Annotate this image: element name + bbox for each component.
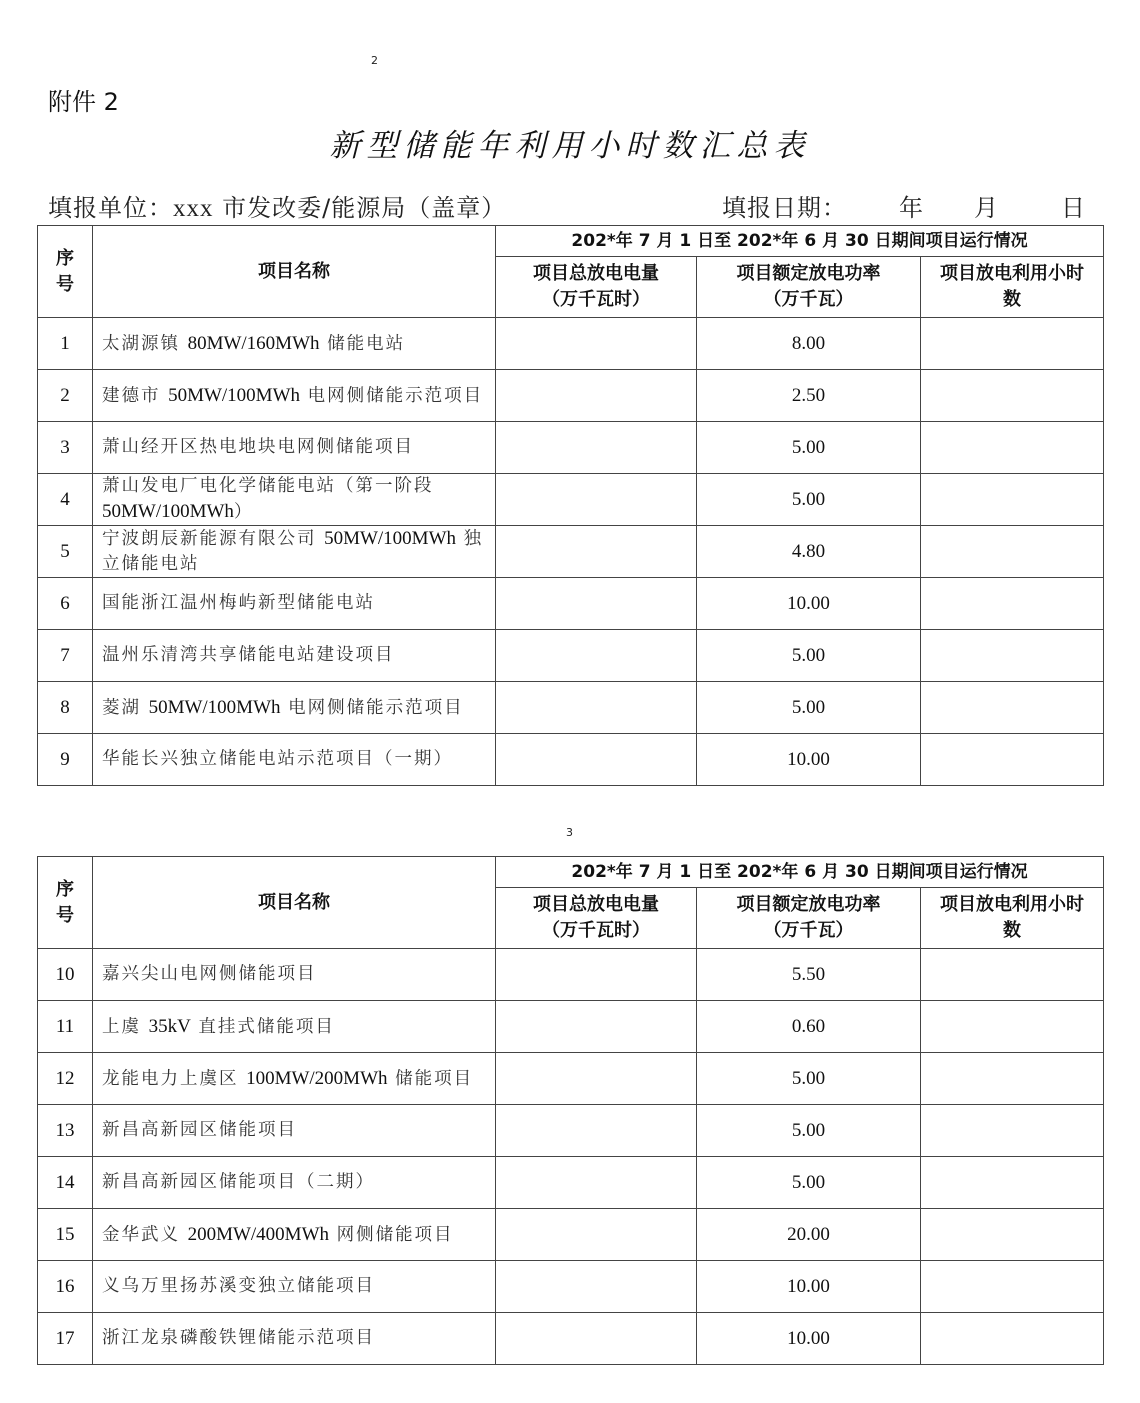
- seq-cell: 17: [38, 1313, 93, 1365]
- seq-cell: 8: [38, 682, 93, 734]
- rated-power-cell: 5.50: [697, 949, 921, 1001]
- project-name-cell: 菱湖 50MW/100MWh 电网侧储能示范项目: [93, 682, 496, 734]
- seq-cell: 6: [38, 578, 93, 630]
- seq-cell: 5: [38, 526, 93, 578]
- total-discharge-cell: [496, 682, 697, 734]
- rated-power-cell: 10.00: [697, 734, 921, 786]
- project-name-cell: 萧山发电厂电化学储能电站（第一阶段 50MW/100MWh）: [93, 474, 496, 526]
- project-name-cell: 建德市 50MW/100MWh 电网侧储能示范项目: [93, 370, 496, 422]
- header-utilization-hours: 项目放电利用小时数: [921, 257, 1104, 318]
- table-row: 10嘉兴尖山电网侧储能项目5.50: [38, 949, 1104, 1001]
- utilization-hours-cell: [921, 370, 1104, 422]
- project-name-cell: 温州乐清湾共享储能电站建设项目: [93, 630, 496, 682]
- header-total-discharge: 项目总放电电量（万千瓦时）: [496, 257, 697, 318]
- rated-power-cell: 5.00: [697, 1157, 921, 1209]
- total-discharge-cell: [496, 1209, 697, 1261]
- report-date-day: 日: [1061, 188, 1086, 223]
- table-row: 17浙江龙泉磷酸铁锂储能示范项目10.00: [38, 1313, 1104, 1365]
- total-discharge-cell: [496, 1105, 697, 1157]
- project-name-cell: 龙能电力上虞区 100MW/200MWh 储能项目: [93, 1053, 496, 1105]
- total-discharge-cell: [496, 630, 697, 682]
- table-row: 14新昌高新园区储能项目（二期）5.00: [38, 1157, 1104, 1209]
- seq-cell: 3: [38, 422, 93, 474]
- seq-cell: 9: [38, 734, 93, 786]
- table-row: 13新昌高新园区储能项目5.00: [38, 1105, 1104, 1157]
- rated-power-cell: 8.00: [697, 318, 921, 370]
- project-name-cell: 义乌万里扬苏溪变独立储能项目: [93, 1261, 496, 1313]
- seq-cell: 12: [38, 1053, 93, 1105]
- utilization-hours-cell: [921, 526, 1104, 578]
- project-name-cell: 宁波朗辰新能源有限公司 50MW/100MWh 独立储能电站: [93, 526, 496, 578]
- header-rated-power: 项目额定放电功率（万千瓦）: [697, 888, 921, 949]
- summary-table-page-1: 序号 项目名称 202*年 7 月 1 日至 202*年 6 月 30 日期间项…: [37, 225, 1104, 786]
- header-seq: 序号: [38, 226, 93, 318]
- reporting-unit: 填报单位：xxx 市发改委/能源局（盖章）: [48, 188, 506, 223]
- seq-cell: 10: [38, 949, 93, 1001]
- seq-cell: 4: [38, 474, 93, 526]
- project-name-cell: 华能长兴独立储能电站示范项目（一期）: [93, 734, 496, 786]
- rated-power-cell: 20.00: [697, 1209, 921, 1261]
- page-title: 新型储能年利用小时数汇总表: [0, 120, 1140, 165]
- utilization-hours-cell: [921, 734, 1104, 786]
- total-discharge-cell: [496, 1001, 697, 1053]
- rated-power-cell: 10.00: [697, 1313, 921, 1365]
- total-discharge-cell: [496, 422, 697, 474]
- utilization-hours-cell: [921, 1157, 1104, 1209]
- project-name-cell: 新昌高新园区储能项目（二期）: [93, 1157, 496, 1209]
- seq-cell: 14: [38, 1157, 93, 1209]
- total-discharge-cell: [496, 1053, 697, 1105]
- table-row: 4萧山发电厂电化学储能电站（第一阶段 50MW/100MWh）5.00: [38, 474, 1104, 526]
- total-discharge-cell: [496, 526, 697, 578]
- utilization-hours-cell: [921, 682, 1104, 734]
- project-name-cell: 上虞 35kV 直挂式储能项目: [93, 1001, 496, 1053]
- utilization-hours-cell: [921, 1261, 1104, 1313]
- rated-power-cell: 5.00: [697, 682, 921, 734]
- project-name-cell: 浙江龙泉磷酸铁锂储能示范项目: [93, 1313, 496, 1365]
- reporting-unit-label: 填报单位：: [48, 194, 173, 222]
- seq-cell: 2: [38, 370, 93, 422]
- seq-cell: 13: [38, 1105, 93, 1157]
- header-project-name: 项目名称: [93, 857, 496, 949]
- utilization-hours-cell: [921, 1209, 1104, 1261]
- seq-cell: 15: [38, 1209, 93, 1261]
- total-discharge-cell: [496, 1313, 697, 1365]
- rated-power-cell: 2.50: [697, 370, 921, 422]
- table-row: 3萧山经开区热电地块电网侧储能项目5.00: [38, 422, 1104, 474]
- utilization-hours-cell: [921, 578, 1104, 630]
- total-discharge-cell: [496, 1157, 697, 1209]
- utilization-hours-cell: [921, 1001, 1104, 1053]
- header-project-name: 项目名称: [93, 226, 496, 318]
- seq-cell: 7: [38, 630, 93, 682]
- header-utilization-hours: 项目放电利用小时数: [921, 888, 1104, 949]
- table-row: 5宁波朗辰新能源有限公司 50MW/100MWh 独立储能电站4.80: [38, 526, 1104, 578]
- rated-power-cell: 0.60: [697, 1001, 921, 1053]
- total-discharge-cell: [496, 949, 697, 1001]
- rated-power-cell: 5.00: [697, 630, 921, 682]
- summary-table-page-2: 序号 项目名称 202*年 7 月 1 日至 202*年 6 月 30 日期间项…: [37, 856, 1104, 1365]
- reporting-unit-suffix: 市发改委/能源局（盖章）: [214, 194, 507, 222]
- header-period: 202*年 7 月 1 日至 202*年 6 月 30 日期间项目运行情况: [496, 226, 1104, 257]
- total-discharge-cell: [496, 1261, 697, 1313]
- utilization-hours-cell: [921, 1105, 1104, 1157]
- table-row: 12龙能电力上虞区 100MW/200MWh 储能项目5.00: [38, 1053, 1104, 1105]
- report-date-year: 年: [899, 188, 924, 223]
- total-discharge-cell: [496, 318, 697, 370]
- table-row: 15金华武义 200MW/400MWh 网侧储能项目20.00: [38, 1209, 1104, 1261]
- rated-power-cell: 5.00: [697, 1053, 921, 1105]
- project-name-cell: 新昌高新园区储能项目: [93, 1105, 496, 1157]
- table-row: 2建德市 50MW/100MWh 电网侧储能示范项目2.50: [38, 370, 1104, 422]
- page-number-3: 3: [566, 826, 573, 839]
- total-discharge-cell: [496, 578, 697, 630]
- rated-power-cell: 5.00: [697, 474, 921, 526]
- total-discharge-cell: [496, 734, 697, 786]
- report-date: 填报日期：年月日: [722, 188, 1086, 223]
- table-row: 1太湖源镇 80MW/160MWh 储能电站8.00: [38, 318, 1104, 370]
- utilization-hours-cell: [921, 630, 1104, 682]
- utilization-hours-cell: [921, 949, 1104, 1001]
- seq-cell: 11: [38, 1001, 93, 1053]
- reporting-unit-value: xxx: [173, 195, 214, 222]
- project-name-cell: 萧山经开区热电地块电网侧储能项目: [93, 422, 496, 474]
- rated-power-cell: 5.00: [697, 1105, 921, 1157]
- table-row: 9华能长兴独立储能电站示范项目（一期）10.00: [38, 734, 1104, 786]
- header-seq: 序号: [38, 857, 93, 949]
- header-rated-power: 项目额定放电功率（万千瓦）: [697, 257, 921, 318]
- table-header-row: 序号 项目名称 202*年 7 月 1 日至 202*年 6 月 30 日期间项…: [38, 857, 1104, 888]
- total-discharge-cell: [496, 370, 697, 422]
- attachment-label: 附件 2: [48, 82, 119, 117]
- project-name-cell: 嘉兴尖山电网侧储能项目: [93, 949, 496, 1001]
- rated-power-cell: 10.00: [697, 1261, 921, 1313]
- rated-power-cell: 5.00: [697, 422, 921, 474]
- report-date-month: 月: [974, 188, 999, 223]
- total-discharge-cell: [496, 474, 697, 526]
- project-name-cell: 太湖源镇 80MW/160MWh 储能电站: [93, 318, 496, 370]
- utilization-hours-cell: [921, 1053, 1104, 1105]
- table-header-row: 序号 项目名称 202*年 7 月 1 日至 202*年 6 月 30 日期间项…: [38, 226, 1104, 257]
- utilization-hours-cell: [921, 474, 1104, 526]
- project-name-cell: 国能浙江温州梅屿新型储能电站: [93, 578, 496, 630]
- utilization-hours-cell: [921, 1313, 1104, 1365]
- rated-power-cell: 4.80: [697, 526, 921, 578]
- table-row: 7温州乐清湾共享储能电站建设项目5.00: [38, 630, 1104, 682]
- report-date-label: 填报日期：: [722, 188, 847, 223]
- table-row: 6国能浙江温州梅屿新型储能电站10.00: [38, 578, 1104, 630]
- page-number-2: 2: [371, 54, 378, 67]
- header-period: 202*年 7 月 1 日至 202*年 6 月 30 日期间项目运行情况: [496, 857, 1104, 888]
- utilization-hours-cell: [921, 422, 1104, 474]
- project-name-cell: 金华武义 200MW/400MWh 网侧储能项目: [93, 1209, 496, 1261]
- table-row: 11上虞 35kV 直挂式储能项目0.60: [38, 1001, 1104, 1053]
- table-row: 16义乌万里扬苏溪变独立储能项目10.00: [38, 1261, 1104, 1313]
- seq-cell: 16: [38, 1261, 93, 1313]
- utilization-hours-cell: [921, 318, 1104, 370]
- rated-power-cell: 10.00: [697, 578, 921, 630]
- table-row: 8菱湖 50MW/100MWh 电网侧储能示范项目5.00: [38, 682, 1104, 734]
- seq-cell: 1: [38, 318, 93, 370]
- header-total-discharge: 项目总放电电量（万千瓦时）: [496, 888, 697, 949]
